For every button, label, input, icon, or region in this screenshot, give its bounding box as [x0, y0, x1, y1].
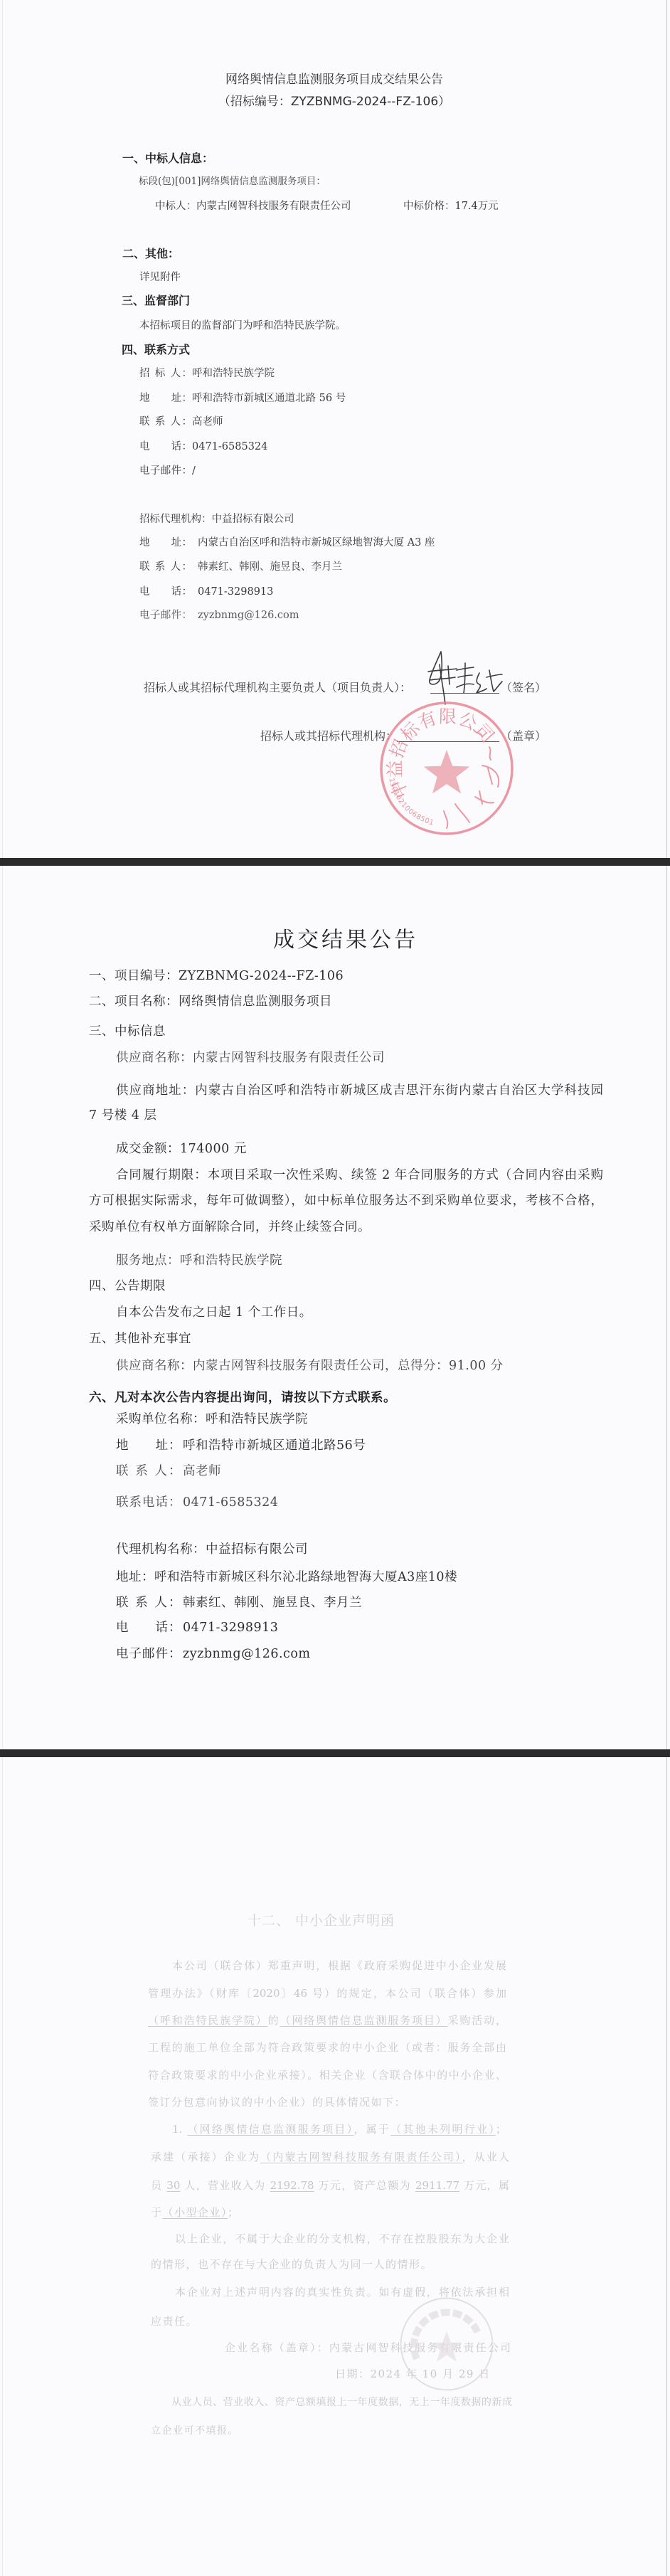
field-value: 0471-6585324: [183, 1495, 278, 1510]
employees-fill-in: 30: [166, 2179, 180, 2192]
document-title: 网络舆情信息监测服务项目成交结果公告: [0, 71, 669, 88]
field-label: 联 系 人：: [116, 1594, 181, 1612]
declaration-line: 承建（承接）企业为（内蒙古网智科技服务有限责任公司），从业人: [151, 2148, 509, 2166]
project-number: 一、项目编号：ZYZBNMG-2024--FZ-106: [89, 967, 344, 985]
agency-phone-row: 电 话：0471-3298913: [116, 1618, 278, 1637]
field-value: 0471-3298913: [198, 586, 273, 598]
faint-company-seal-icon: [397, 2294, 496, 2394]
section-heading-inquiry: 六、凡对本次公告内容提出询问，请按以下方式联系。: [89, 1389, 396, 1407]
tenderer-name-row: 招 标 人：呼和浩特民族学院: [139, 365, 275, 382]
project-name: 二、项目名称：网络舆情信息监测服务项目: [89, 992, 332, 1011]
declaration-heading: 十二、 中小企业声明函: [248, 1912, 395, 1929]
revenue-fill-in: 2192.78: [270, 2179, 314, 2192]
text-segment: 万元，资产总额为: [314, 2179, 415, 2192]
declaration-line: 签订分包意向协议的中小企业）的具体情况如下：: [148, 2094, 406, 2111]
field-label: 电子邮件：: [116, 1645, 181, 1663]
field-label: 电 话：: [116, 1618, 181, 1637]
text-segment: 以上企业，不属于大企业的分支机构，不存在控股股东为大企业: [175, 2232, 509, 2245]
supplement-text: 供应商名称：内蒙古网智科技服务有限责任公司，总得分：91.00 分: [116, 1357, 504, 1375]
field-value: 韩素红、韩刚、施昱良、李月兰: [183, 1596, 362, 1610]
declaration-line: 工程的施工单位全部为符合政策要求的中小企业（或者：服务全部由: [148, 2039, 506, 2056]
declaration-line: 于（小型企业）；: [151, 2204, 240, 2221]
purchaser-contact-row: 联 系 人：高老师: [116, 1462, 221, 1480]
declaration-line: 管理办法》（财库〔2020〕46 号）的规定，本公司（联合体）参加: [148, 1985, 506, 2002]
field-label: 招 标 人：: [139, 365, 192, 382]
declaration-line: 以上企业，不属于大企业的分支机构，不存在控股股东为大企业: [175, 2230, 509, 2247]
other-text: 详见附件: [139, 269, 181, 286]
section-heading-contact: 四、联系方式: [122, 341, 190, 359]
text-segment: 的: [268, 2014, 280, 2027]
field-label: 地 址：: [139, 534, 192, 551]
contract-term-line-3: 采购单位有权单方面解除合同，并终止续签合同。: [89, 1218, 371, 1236]
winning-price: 中标价格：17.4万元: [403, 198, 499, 215]
winning-bidder: 中标人：内蒙古网智科技服务有限责任公司: [155, 198, 351, 215]
field-label: 电子邮件：: [139, 607, 192, 624]
text-segment: 本公司（联合体）郑重声明，根据《政府采购促进中小企业发展: [172, 1959, 506, 1972]
text-segment: ，属于: [353, 2123, 390, 2136]
declaration-line: 应责任。: [151, 2313, 198, 2330]
purchaser-name: 采购单位名称：呼和浩特民族学院: [116, 1410, 308, 1429]
seal-code: 15010210068501: [387, 777, 435, 827]
field-label: 联 系 人：: [139, 413, 192, 430]
declaration-line: 本公司（联合体）郑重声明，根据《政府采购促进中小企业发展: [172, 1957, 506, 1974]
text-segment: 于: [151, 2206, 163, 2219]
supervision-text: 本招标项目的监督部门为呼和浩特民族学院。: [139, 317, 346, 334]
price-label: 中标价格：: [403, 201, 455, 212]
field-value: 韩素红、韩刚、施昱良、李月兰: [198, 561, 342, 573]
purchaser-fill-in: （呼和浩特民族学院）: [148, 2014, 268, 2027]
agency-contact-row: 联 系 人：韩素红、韩刚、施昱良、李月兰: [116, 1594, 362, 1612]
page-1-bid-result-notice: 网络舆情信息监测服务项目成交结果公告 （招标编号：ZYZBNMG-2024--F…: [0, 0, 670, 858]
footnote-line-1: 从业人员、营业收入、资产总额填报上一年度数据，无上一年度数据的新成: [171, 2394, 512, 2411]
supplier-address-cont: 7 号楼 4 层: [89, 1106, 156, 1125]
field-value: 0471-3298913: [183, 1621, 278, 1635]
tenderer-address-row: 地 址：呼和浩特市新城区通道北路 56 号: [139, 390, 346, 407]
page-edge-right: [666, 866, 667, 1749]
period-text: 自本公告发布之日起 1 个工作日。: [116, 1303, 312, 1322]
text-segment: ；: [228, 2206, 240, 2219]
declaration-line: （呼和浩特民族学院）的（网络舆情信息监测服务项目）采购活动，: [148, 2012, 506, 2029]
seal-star-icon: [430, 2331, 462, 2362]
text-segment: 1.: [172, 2123, 187, 2136]
contract-term-line-1: 合同履行期限：本项目采取一次性采购、续签 2 年合同服务的方式（合同内容由采购: [116, 1166, 603, 1184]
text-segment: 万元，属: [459, 2179, 509, 2192]
price-value: 17.4万元: [455, 201, 499, 212]
field-label: 联系电话：: [116, 1493, 181, 1512]
field-value: 呼和浩特民族学院: [192, 368, 275, 379]
document-title: 成交结果公告: [273, 926, 418, 955]
tender-number: （招标编号：ZYZBNMG-2024--FZ-106）: [0, 93, 669, 110]
bidder-name: 内蒙古网智科技服务有限责任公司: [196, 201, 351, 212]
agency-name-row: 招标代理机构：中益招标有限公司: [139, 511, 294, 528]
project-fill-in: （网络舆情信息监测服务项目）: [187, 2123, 353, 2136]
declaration-line: 的情形，也不存在与大企业的负责人为同一人的情形。: [151, 2256, 432, 2273]
supplier-name: 供应商名称：内蒙古网智科技服务有限责任公司: [116, 1049, 385, 1067]
purchaser-address-row: 地 址：呼和浩特市新城区通道北路56号: [116, 1436, 366, 1455]
section-heading-period: 四、公告期限: [89, 1277, 166, 1295]
field-value: 高老师: [183, 1464, 221, 1478]
agency-address: 地址：呼和浩特市新城区科尔沁北路绿地智海大厦A3座10楼: [116, 1568, 457, 1586]
field-value: /: [192, 465, 196, 477]
contract-term-line-2: 方可根据实际需求，每年可做调整），如中标单位服务达不到采购单位要求，考核不合格，: [89, 1192, 603, 1210]
supplier-address: 供应商地址：内蒙古自治区呼和浩特市新城区成吉思汗东街内蒙古自治区大学科技园: [116, 1081, 603, 1100]
page-2-transaction-result: 成交结果公告 一、项目编号：ZYZBNMG-2024--FZ-106 二、项目名…: [0, 866, 670, 1749]
field-value: zyzbnmg@126.com: [183, 1647, 311, 1661]
declaration-line: 符合政策要求的中小企业承接）。相关企业（含联合体中的中小企业、: [148, 2067, 506, 2084]
page-edge-right: [666, 1757, 667, 2576]
agency-address-row: 地 址：内蒙古自治区呼和浩特市新城区绿地智海大厦 A3 座: [139, 534, 435, 551]
text-segment: 工程的施工单位全部为符合政策要求的中小企业（或者：服务全部由: [148, 2041, 506, 2054]
company-seal-icon: 中益招标有限公司 15010210068501: [376, 697, 518, 839]
text-segment: 符合政策要求的中小企业承接）。相关企业（含联合体中的中小企业、: [148, 2069, 506, 2082]
agency-name: 代理机构名称：中益招标有限公司: [116, 1540, 308, 1559]
purchaser-phone-row: 联系电话：0471-6585324: [116, 1493, 278, 1512]
field-value: 内蒙古自治区呼和浩特市新城区绿地智海大厦 A3 座: [198, 537, 435, 548]
field-value: 高老师: [192, 416, 223, 428]
text-segment: 应责任。: [151, 2315, 198, 2328]
field-label: 地 址：: [116, 1436, 181, 1455]
field-label: 电 话：: [139, 438, 192, 455]
field-value: 呼和浩特市新城区通道北路56号: [183, 1438, 366, 1453]
enterprise-size-fill-in: （小型企业）: [163, 2206, 228, 2219]
industry-fill-in: （其他未列明行业）: [390, 2123, 496, 2136]
text-segment: 的情形，也不存在与大企业的负责人为同一人的情形。: [151, 2258, 432, 2271]
field-value: 呼和浩特市新城区通道北路 56 号: [192, 393, 346, 404]
page-edge-left: [2, 866, 3, 1749]
field-value: 中益招标有限公司: [212, 514, 294, 525]
agency-contact-row: 联 系 人：韩素红、韩刚、施昱良、李月兰: [139, 558, 342, 576]
declaration-line: 员 30 人，营业收入为 2192.78 万元，资产总额为 2911.77 万元…: [151, 2177, 509, 2194]
field-label: 联 系 人：: [139, 558, 192, 576]
page-edge-left: [2, 1757, 3, 2576]
project-fill-in: （网络舆情信息监测服务项目）: [280, 2014, 447, 2027]
field-label: 地 址：: [139, 390, 192, 407]
agency-phone-row: 电 话：0471-3298913: [139, 583, 273, 600]
field-label: 招标代理机构：: [139, 514, 212, 525]
page-edge-right: [666, 0, 667, 858]
responsible-person-label: 招标人或其招标代理机构主要负责人（项目负责人）：: [144, 679, 411, 696]
page-3-sme-declaration: 十二、 中小企业声明函 本公司（联合体）郑重声明，根据《政府采购促进中小企业发展…: [0, 1757, 670, 2576]
section-heading-other: 二、其他：: [122, 245, 179, 263]
field-label: 电子邮件：: [139, 462, 192, 479]
section-heading-award: 三、中标信息: [89, 1022, 166, 1041]
text-segment: ，从业人: [462, 2151, 509, 2163]
tenderer-phone-row: 电 话：0471-6585324: [139, 438, 267, 455]
bidder-label: 中标人：: [155, 201, 196, 212]
service-location: 服务地点：呼和浩特民族学院: [116, 1251, 282, 1270]
tenderer-email-row: 电子邮件：/: [139, 462, 196, 479]
text-segment: 员: [151, 2179, 166, 2192]
text-segment: 承建（承接）企业为: [151, 2151, 260, 2163]
section-heading-supplement: 五、其他补充事宜: [89, 1330, 191, 1348]
transaction-amount: 成交金额：174000 元: [116, 1140, 247, 1158]
declaration-line: 1. （网络舆情信息监测服务项目），属于（其他未列明行业）；: [172, 2121, 506, 2138]
tenderer-contact-row: 联 系 人：高老师: [139, 413, 223, 430]
assets-fill-in: 2911.77: [415, 2179, 459, 2192]
svg-text:15010210068501: 15010210068501: [387, 777, 435, 827]
field-value: 0471-6585324: [192, 441, 267, 452]
text-segment: 采购活动，: [448, 2014, 506, 2027]
company-fill-in: （内蒙古网智科技服务有限责任公司）: [260, 2151, 462, 2163]
lot-name: 标段(包)[001]网络舆情信息监测服务项目：: [139, 173, 326, 190]
text-segment: 人，营业收入为: [180, 2179, 270, 2192]
agency-email-row: 电子邮件：zyzbnmg@126.com: [139, 607, 299, 624]
field-label: 电 话：: [139, 583, 192, 600]
page-edge-left: [2, 0, 3, 858]
section-heading-supervision: 三、监督部门: [122, 292, 190, 309]
footnote-line-2: 立企业可不填报。: [151, 2422, 239, 2439]
section-heading-winner: 一、中标人信息：: [122, 150, 213, 167]
field-value: zyzbnmg@126.com: [198, 610, 299, 621]
seal-star-icon: [424, 750, 470, 794]
text-segment: 签订分包意向协议的中小企业）的具体情况如下：: [148, 2096, 406, 2109]
text-segment: ；: [496, 2123, 506, 2136]
text-segment: 管理办法》（财库〔2020〕46 号）的规定，本公司（联合体）参加: [148, 1987, 506, 2000]
field-label: 联 系 人：: [116, 1462, 181, 1480]
agency-email-row: 电子邮件：zyzbnmg@126.com: [116, 1645, 311, 1663]
